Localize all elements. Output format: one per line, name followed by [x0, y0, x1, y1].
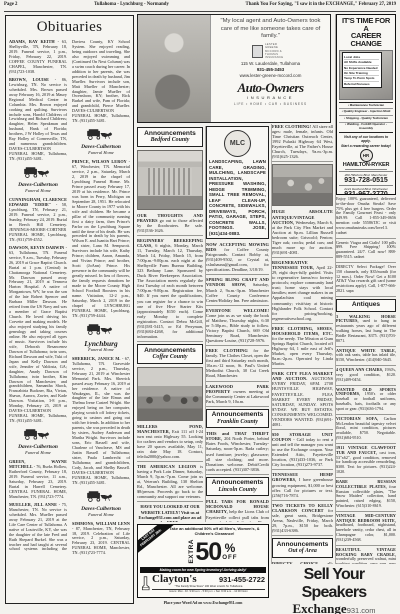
daves-culbertson-funeral-home-logo: Daves-CulbertsonFuneral Home	[72, 127, 130, 156]
classified-ad: Enjoy 100% guaranteed, delivered to-the-…	[336, 197, 396, 239]
job-roles-list: • Maintenance Technician• Quality Engine…	[339, 102, 393, 133]
classified-ad: BEGINNERS' BEEKEEPING CLASS, 6 nights, M…	[137, 238, 203, 342]
section-header: AnnouncementsFranklin County	[206, 409, 269, 429]
off-label: OFF	[222, 554, 237, 561]
page-number: Page 2	[4, 2, 17, 7]
career-change-ad: IT'S TIME FOR A CAREER CHANGE Local Jobs…	[336, 14, 396, 195]
daves-culbertson-funeral-home-logo: Daves-CulbertsonFuneral Home	[9, 427, 67, 456]
classifieds-column-right: Enjoy 100% guaranteed, delivered to-the-…	[336, 197, 396, 564]
clearance-headline: Take an additional 50% off all Men's, Wo…	[164, 527, 265, 537]
forklift-photo: Local JobsAll Shifts AvailableNo Experie…	[339, 50, 393, 100]
discount-number: 50	[195, 541, 221, 564]
claytons-shoe-store-ad: LAST DAY FEBRUARY 28th Take an additiona…	[137, 524, 269, 598]
obituary-entry: SHERRICK, JANICE M. - 67, Tullahoma, TN.…	[72, 357, 130, 486]
classified-ad: LAKEWOOD PARK PROPERTY owners meeting at…	[206, 384, 269, 407]
classified-ad: FREE CLOTHING for the family. The Clothe…	[206, 348, 269, 381]
classified-ad: SPRING BLING CRAFT AND VENDOR SHOW, Satu…	[206, 277, 269, 305]
claytons-sub: "The Family Shoe Store" 100 West Lincoln…	[152, 585, 265, 588]
announcements-column-bedford: AnnouncementsBedford CountyOUR THOUGHTS …	[137, 126, 203, 522]
obituary-entry: CUNNINGHAM, CLARENCE EDWARD "EDDIE" - 58…	[9, 198, 67, 243]
classified-ad: PARK CITY FLEA MARKET AND AUCTION. AUCTI…	[272, 371, 333, 430]
career-ad-title-line1: IT'S TIME FOR A	[339, 17, 393, 32]
classified-ad: RARE RUSSIAN COLLECTIBLE PLATES, four Ru…	[336, 480, 396, 512]
classified-ad: Generic Viagra and Cialis! 100 pills $99…	[336, 241, 396, 263]
classified-ad: TENNESSEE HEMP GROWERS, I have greenhous…	[272, 472, 333, 500]
auto-owners-logo: Auto-Owners	[215, 81, 326, 94]
location-2-phone: 931-967-2770	[339, 191, 393, 195]
courthouse-photo	[137, 150, 203, 210]
obituary-entry: DAWSON, KEVIN DARWIN - 63, Tullahoma, TN…	[9, 246, 67, 424]
extra-label: EXTRA	[188, 539, 195, 564]
agency-name: LESTER GREENE MCCORD & THOMAS INSURANCE	[265, 43, 289, 59]
boot-illustration	[141, 576, 150, 591]
masthead-tagline: Thank You For Saying, "I saw it in the E…	[246, 2, 396, 7]
exchange-suffix: 931.com	[347, 606, 376, 614]
newspaper-page: Page 2 Tullahoma - Lynchburg - Normandy …	[0, 0, 400, 614]
obituary-entry: SIMMONS, WILLIAM LENN - 87, Manchester, …	[72, 522, 130, 557]
classified-ad: THE AMERICAN LEGION is having a Pork Loi…	[137, 464, 203, 502]
obituary-entry: BROWN, LOUISE - 86, Lewisburg, TN. No se…	[9, 78, 67, 162]
classified-ad: FREE CLOTHING, SHOES, HOUSEHOLD ITEMS, E…	[272, 326, 333, 370]
banner-headline: Sell Your Speakers	[271, 566, 397, 601]
obituary-entry: GREEN, WAYNE MITCHELL - 76, Burks Hollow…	[9, 460, 67, 500]
announcements-column-east: FREE CLOTHING! All sizes-all ages: male,…	[272, 124, 333, 564]
daves-culbertson-funeral-home-logo: Daves-CulbertsonFuneral Home	[72, 489, 130, 518]
obituaries-section: Obituaries ADAMS, RAY KEITH - 63, Shelby…	[5, 15, 134, 604]
claytons-info: Clayton's 931-455-2722 "The Family Shoe …	[152, 574, 265, 593]
classified-ad: 4 QUEEN ANN CHAIRS, 1930's, very good co…	[336, 368, 396, 385]
classified-ad: PULL TABS FOR RONALD MCDONALD HOUSE CHAR…	[206, 499, 269, 522]
classified-ad: ANTIQUE WHITE TABLE, with oak seats, tab…	[336, 349, 396, 366]
hamilton-ryker-logo-icon: HR	[360, 149, 373, 162]
hamilton-ryker-brand: HAMILTON-RYKER	[339, 163, 393, 169]
classified-ad: EVERYONE WELCOME! Come join us as we stu…	[206, 308, 269, 346]
classified-ad: 1911 VINTAGE CLAWFOOT TUB AND FAUCET, ca…	[336, 446, 396, 478]
classified-ad: BEAUTIFUL VINTAGE ROCKING BABY CRADLE, w…	[336, 548, 396, 564]
section-header: AnnouncementsLincoln County	[206, 477, 269, 497]
discount-lockup: EXTRA 50 % OFF	[158, 537, 268, 567]
classified-ad: REGENERATIVE TENNESSEE TOUR, April 22-29…	[272, 260, 333, 324]
career-cta-line1: Visit any of our locations to apply.	[339, 135, 393, 144]
section-header: AnnouncementsCoffee County	[137, 344, 203, 364]
auction-items-photo	[272, 164, 333, 206]
horse-carriage-icon	[21, 166, 55, 178]
classified-ad: VICTORIAN SOFA, Carlton McLendon beautif…	[336, 417, 396, 444]
section-header: AnnouncementsBedford County	[137, 127, 203, 147]
landscaping-boxed-ad: MLCLANDSCAPING, LAWN CARE, GRADING, MULC…	[206, 126, 269, 239]
announcements-column-middle: MLCLANDSCAPING, LAWN CARE, GRADING, MULC…	[206, 126, 269, 522]
landscaping-logo-icon: MLC	[224, 130, 251, 157]
classified-ad: DIRECTV CHOICE, all-included package. Ov…	[272, 561, 333, 564]
classified-ad: FREE CLOTHING! All sizes-all ages: male,…	[272, 124, 333, 162]
millers-pond-flea-market-photo	[137, 367, 203, 421]
classified-ad: TWO TICKETS TO KELLY CLARKSON CONCERT fo…	[272, 503, 333, 536]
job-role-item: • Welding - Forklift Operator - Assembly	[339, 123, 393, 132]
claytons-footer: Clayton's 931-455-2722 "The Family Shoe …	[138, 574, 268, 593]
classified-ad: WANTED OLD SPORTS UNIFORMS, 1950's or ol…	[336, 388, 396, 415]
classified-ad: VINTAGE MID-CENTURY ANTIQUE BEDROOM SUIT…	[336, 514, 396, 546]
column-rule	[271, 124, 272, 564]
classified-ad: $50 STORAGE UNIT COUPON - Call today to …	[272, 432, 333, 470]
edition-region: Tullahoma - Lynchburg - Normandy	[94, 2, 169, 7]
auto-owners-tagline: LIFE • HOME • CAR • BUSINESS	[215, 102, 326, 106]
classified-ad: 3 WALKING HORSE PICTURES, used to hang i…	[336, 315, 396, 347]
claytons-brand: Clayton's	[152, 574, 197, 585]
daves-culbertson-funeral-home-logo: Daves-CulbertsonFuneral Home	[9, 165, 67, 194]
exchange-logo: Exchange931.com	[271, 601, 397, 614]
agency-logo-icon	[252, 45, 263, 58]
customer-photo	[138, 15, 211, 122]
column-rule	[205, 126, 206, 522]
career-cta-line2: Start a rewarding career today!	[339, 144, 393, 148]
classified-ad: DIRECTV Select Package! Over 150 channel…	[336, 265, 396, 297]
career-ad-title: IT'S TIME FOR A CAREER CHANGE	[339, 17, 393, 48]
horse-carriage-icon	[21, 428, 55, 440]
brand-phone-row: Clayton's 931-455-2722	[152, 574, 265, 585]
classified-ad: HAVE YOU LOOKED AT OUR WEBSITE LATELY! V…	[137, 504, 203, 522]
auto-owners-logo-sub: INSURANCE	[215, 95, 326, 100]
word-ad-note: Place your Word Ad on www.Exchange931.co…	[137, 601, 269, 605]
obituary-entry: PRINCE, WILSON LEROY - 67, Winchester, T…	[72, 160, 130, 319]
percent-off-stack: % OFF	[222, 543, 237, 561]
obituary-entry: ADAMS, RAY KEITH - 63, Shelbyville, TN, …	[9, 40, 67, 75]
auto-owners-insurance-ad: "My local agent and Auto-Owners took car…	[137, 14, 331, 123]
classified-ad: NOW ACCEPTING MOWING BIDS for Coffee Cou…	[206, 242, 269, 275]
exchange-wordmark: Exchange	[293, 601, 347, 614]
horse-carriage-icon	[84, 128, 118, 140]
column-rule	[335, 14, 336, 564]
claytons-hours: Hours: Mon - Fri. 9:30 a.m. - 5:30 p.m. …	[152, 589, 265, 594]
sell-your-speakers-banner: Sell Your Speakers Exchange931.com	[271, 566, 397, 612]
classified-ad: MILLERS POND, MANCHESTER, Exit 111 off I…	[137, 424, 203, 462]
auto-owners-ad-content: "My local agent and Auto-Owners took car…	[211, 15, 330, 122]
agency-logo: LESTER GREENE MCCORD & THOMAS INSURANCE	[215, 43, 326, 59]
lynchburg-funeral-home-logo: LynchburgFuneral Home	[72, 322, 130, 353]
perks-box: Local JobsAll Shifts AvailableNo Experie…	[342, 52, 382, 88]
career-ad-title-line2: CAREER CHANGE	[339, 32, 393, 47]
horse-carriage-icon	[84, 323, 118, 335]
classified-ad: HUGE ABSOLUTE ANTIQUE/VINTAGE AUCTION, W…	[272, 209, 333, 258]
obituaries-title: Obituaries	[9, 19, 130, 36]
page-header: Page 2 Tullahoma - Lynchburg - Normandy …	[4, 2, 396, 12]
obituaries-columns: ADAMS, RAY KEITH - 63, Shelbyville, TN, …	[9, 40, 130, 596]
brand-tagline-bar	[345, 169, 387, 170]
classified-ad: OUR THOUGHTS AND PRAYERS go out to those…	[137, 213, 203, 236]
classified-ad: THIS and THAT THRIFT STORE, 204 North Po…	[206, 431, 269, 475]
horse-carriage-icon	[84, 490, 118, 502]
testimonial-quote: "My local agent and Auto-Owners took car…	[215, 18, 326, 41]
career-cta: Visit any of our locations to apply. Sta…	[339, 135, 393, 148]
location-1-phone: 931-728-0515	[339, 177, 393, 184]
percent-sign: %	[225, 543, 236, 554]
section-header: AnnouncementsOut of Area	[272, 538, 333, 558]
claytons-phone: 931-455-2722	[219, 575, 265, 584]
agency-url: www.lester-greene-mccord.com	[215, 73, 326, 79]
perk-item: Referral Bonuses	[344, 82, 379, 86]
section-header: Antiques	[336, 299, 396, 312]
